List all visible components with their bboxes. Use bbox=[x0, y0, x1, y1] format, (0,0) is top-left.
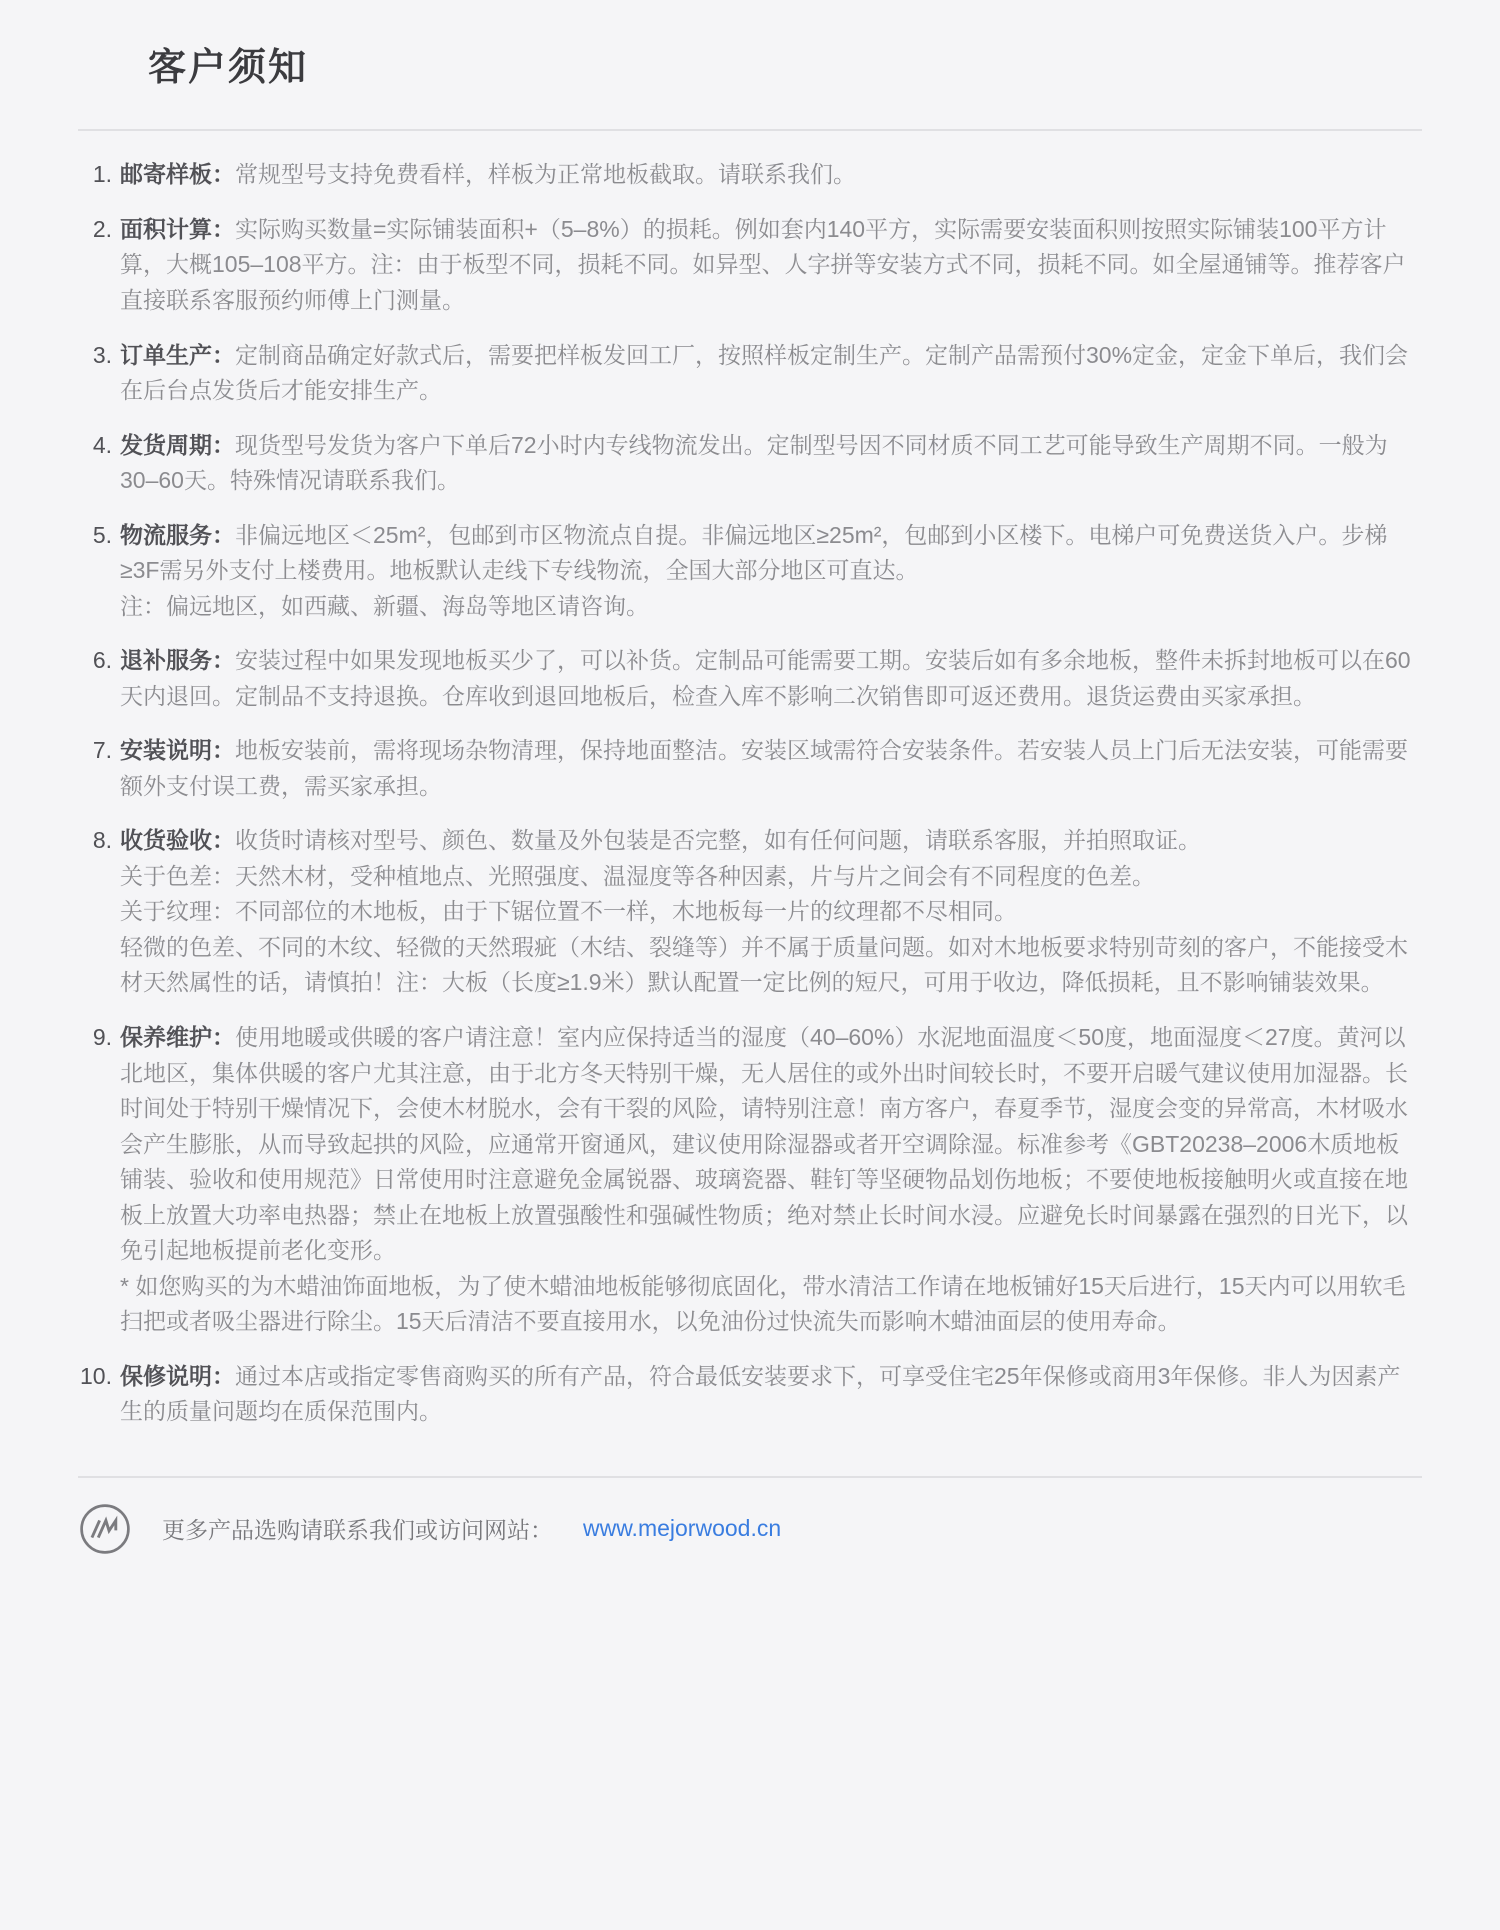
notice-number: 9. bbox=[78, 1020, 120, 1340]
notice-content: 订单生产：定制商品确定好款式后，需要把样板发回工厂，按照样板定制生产。定制产品需… bbox=[120, 338, 1422, 409]
page-title: 客户须知 bbox=[78, 0, 1422, 93]
notice-item-5: 5. 物流服务：非偏远地区＜25m²，包邮到市区物流点自提。非偏远地区≥25m²… bbox=[78, 518, 1422, 625]
notice-text: 收货时请核对型号、颜色、数量及外包装是否完整，如有任何问题，请联系客服，并拍照取… bbox=[120, 827, 1408, 995]
notice-label: 退补服务： bbox=[120, 647, 235, 673]
notice-label: 物流服务： bbox=[120, 522, 235, 548]
notice-label: 面积计算： bbox=[120, 216, 235, 242]
footer-text: 更多产品选购请联系我们或访问网站： bbox=[162, 1512, 553, 1545]
notice-label: 收货验收： bbox=[120, 827, 235, 853]
notice-number: 6. bbox=[78, 643, 120, 714]
notice-item-9: 9. 保养维护：使用地暖或供暖的客户请注意！室内应保持适当的湿度（40–60%）… bbox=[78, 1020, 1422, 1340]
footer-divider bbox=[78, 1476, 1422, 1478]
notice-label: 订单生产： bbox=[120, 342, 235, 368]
notice-content: 收货验收：收货时请核对型号、颜色、数量及外包装是否完整，如有任何问题，请联系客服… bbox=[120, 823, 1422, 1001]
notice-label: 保修说明： bbox=[120, 1363, 235, 1389]
notice-number: 8. bbox=[78, 823, 120, 1001]
notice-number: 7. bbox=[78, 733, 120, 804]
notice-item-3: 3. 订单生产：定制商品确定好款式后，需要把样板发回工厂，按照样板定制生产。定制… bbox=[78, 338, 1422, 409]
notice-number: 1. bbox=[78, 157, 120, 193]
notice-number: 4. bbox=[78, 428, 120, 499]
notice-text: 通过本店或指定零售商购买的所有产品，符合最低安装要求下，可享受住宅25年保修或商… bbox=[120, 1363, 1400, 1425]
notice-content: 保养维护：使用地暖或供暖的客户请注意！室内应保持适当的湿度（40–60%）水泥地… bbox=[120, 1020, 1422, 1340]
notice-item-1: 1. 邮寄样板：常规型号支持免费看样，样板为正常地板截取。请联系我们。 bbox=[78, 157, 1422, 193]
notice-number: 10. bbox=[78, 1359, 120, 1430]
notice-number: 2. bbox=[78, 212, 120, 319]
customer-notice-page: 客户须知 1. 邮寄样板：常规型号支持免费看样，样板为正常地板截取。请联系我们。… bbox=[0, 0, 1500, 1930]
notice-item-6: 6. 退补服务：安装过程中如果发现地板买少了，可以补货。定制品可能需要工期。安装… bbox=[78, 643, 1422, 714]
notice-text: 实际购买数量=实际铺装面积+（5–8%）的损耗。例如套内140平方，实际需要安装… bbox=[120, 216, 1406, 313]
notice-content: 安装说明：地板安装前，需将现场杂物清理，保持地面整洁。安装区域需符合安装条件。若… bbox=[120, 733, 1422, 804]
notice-number: 3. bbox=[78, 338, 120, 409]
notice-text: 常规型号支持免费看样，样板为正常地板截取。请联系我们。 bbox=[235, 161, 856, 187]
notice-item-4: 4. 发货周期：现货型号发货为客户下单后72小时内专线物流发出。定制型号因不同材… bbox=[78, 428, 1422, 499]
notice-content: 邮寄样板：常规型号支持免费看样，样板为正常地板截取。请联系我们。 bbox=[120, 157, 1422, 193]
notice-content: 保修说明：通过本店或指定零售商购买的所有产品，符合最低安装要求下，可享受住宅25… bbox=[120, 1359, 1422, 1430]
notice-content: 退补服务：安装过程中如果发现地板买少了，可以补货。定制品可能需要工期。安装后如有… bbox=[120, 643, 1422, 714]
notice-label: 发货周期： bbox=[120, 432, 235, 458]
notice-list: 1. 邮寄样板：常规型号支持免费看样，样板为正常地板截取。请联系我们。 2. 面… bbox=[78, 157, 1422, 1429]
notice-label: 保养维护： bbox=[120, 1024, 235, 1050]
notice-item-10: 10. 保修说明：通过本店或指定零售商购买的所有产品，符合最低安装要求下，可享受… bbox=[78, 1359, 1422, 1430]
notice-text: 现货型号发货为客户下单后72小时内专线物流发出。定制型号因不同材质不同工艺可能导… bbox=[120, 432, 1388, 494]
notice-content: 物流服务：非偏远地区＜25m²，包邮到市区物流点自提。非偏远地区≥25m²，包邮… bbox=[120, 518, 1422, 625]
notice-number: 5. bbox=[78, 518, 120, 625]
mw-monogram-logo-icon bbox=[78, 1502, 132, 1556]
title-divider bbox=[78, 129, 1422, 131]
notice-text: 非偏远地区＜25m²，包邮到市区物流点自提。非偏远地区≥25m²，包邮到小区楼下… bbox=[120, 522, 1387, 619]
notice-item-7: 7. 安装说明：地板安装前，需将现场杂物清理，保持地面整洁。安装区域需符合安装条… bbox=[78, 733, 1422, 804]
notice-text: 安装过程中如果发现地板买少了，可以补货。定制品可能需要工期。安装后如有多余地板，… bbox=[120, 647, 1411, 709]
notice-text: 使用地暖或供暖的客户请注意！室内应保持适当的湿度（40–60%）水泥地面温度＜5… bbox=[120, 1024, 1408, 1334]
notice-item-2: 2. 面积计算：实际购买数量=实际铺装面积+（5–8%）的损耗。例如套内140平… bbox=[78, 212, 1422, 319]
notice-content: 面积计算：实际购买数量=实际铺装面积+（5–8%）的损耗。例如套内140平方，实… bbox=[120, 212, 1422, 319]
notice-item-8: 8. 收货验收：收货时请核对型号、颜色、数量及外包装是否完整，如有任何问题，请联… bbox=[78, 823, 1422, 1001]
notice-text: 定制商品确定好款式后，需要把样板发回工厂，按照样板定制生产。定制产品需预付30%… bbox=[120, 342, 1408, 404]
notice-label: 安装说明： bbox=[120, 737, 235, 763]
website-link[interactable]: www.mejorwood.cn bbox=[583, 1515, 781, 1542]
notice-text: 地板安装前，需将现场杂物清理，保持地面整洁。安装区域需符合安装条件。若安装人员上… bbox=[120, 737, 1408, 799]
notice-label: 邮寄样板： bbox=[120, 161, 235, 187]
footer: 更多产品选购请联系我们或访问网站： www.mejorwood.cn bbox=[78, 1502, 1422, 1556]
notice-content: 发货周期：现货型号发货为客户下单后72小时内专线物流发出。定制型号因不同材质不同… bbox=[120, 428, 1422, 499]
